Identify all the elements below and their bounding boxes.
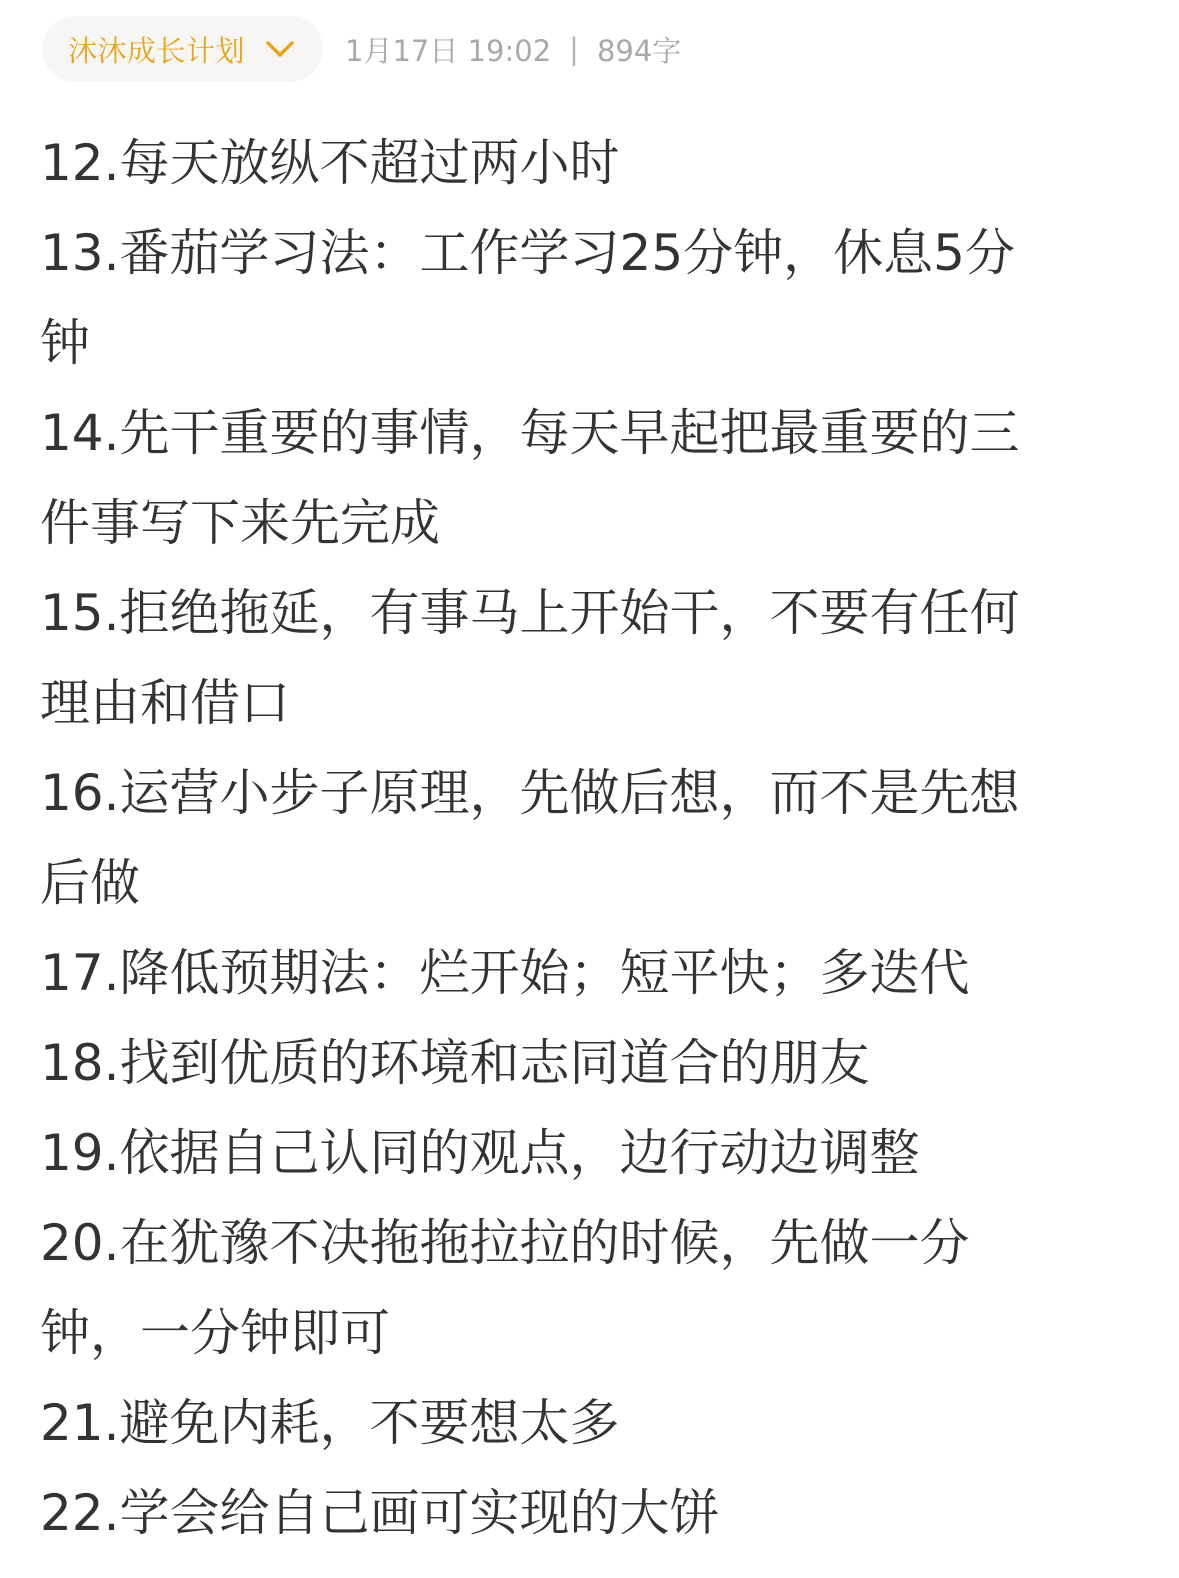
text-line: 17.降低预期法：烂开始；短平快；多迭代 xyxy=(40,928,1140,1018)
text-line: 19.依据自己认同的观点，边行动边调整 xyxy=(40,1108,1140,1198)
text-line: 22.学会给自己画可实现的大饼 xyxy=(40,1468,1140,1558)
text-line: 钟，一分钟即可 xyxy=(40,1288,1140,1378)
text-line: 13.番茄学习法：工作学习25分钟，休息5分 xyxy=(40,208,1140,298)
note-header: 沐沐成长计划 1月17日 19:02 | 894字 xyxy=(42,16,681,82)
note-body[interactable]: 12.每天放纵不超过两小时 13.番茄学习法：工作学习25分钟，休息5分 钟 1… xyxy=(40,118,1140,1558)
word-count: 894字 xyxy=(597,29,681,70)
text-line: 14.先干重要的事情，每天早起把最重要的三 xyxy=(40,388,1140,478)
text-line: 21.避免内耗，不要想太多 xyxy=(40,1378,1140,1468)
meta-separator: | xyxy=(569,32,579,66)
text-line: 件事写下来先完成 xyxy=(40,478,1140,568)
chevron-down-icon xyxy=(263,32,297,66)
text-line: 16.运营小步子原理，先做后想，而不是先想 xyxy=(40,748,1140,838)
note-meta: 1月17日 19:02 | 894字 xyxy=(345,29,681,70)
text-line: 18.找到优质的环境和志同道合的朋友 xyxy=(40,1018,1140,1108)
text-line: 15.拒绝拖延，有事马上开始干，不要有任何 xyxy=(40,568,1140,658)
note-date: 1月17日 19:02 xyxy=(345,29,551,70)
notebook-name: 沐沐成长计划 xyxy=(68,29,245,70)
text-line: 后做 xyxy=(40,838,1140,928)
text-line: 钟 xyxy=(40,298,1140,388)
text-line: 12.每天放纵不超过两小时 xyxy=(40,118,1140,208)
text-line: 20.在犹豫不决拖拖拉拉的时候，先做一分 xyxy=(40,1198,1140,1288)
notebook-selector-button[interactable]: 沐沐成长计划 xyxy=(42,16,323,82)
text-line: 理由和借口 xyxy=(40,658,1140,748)
